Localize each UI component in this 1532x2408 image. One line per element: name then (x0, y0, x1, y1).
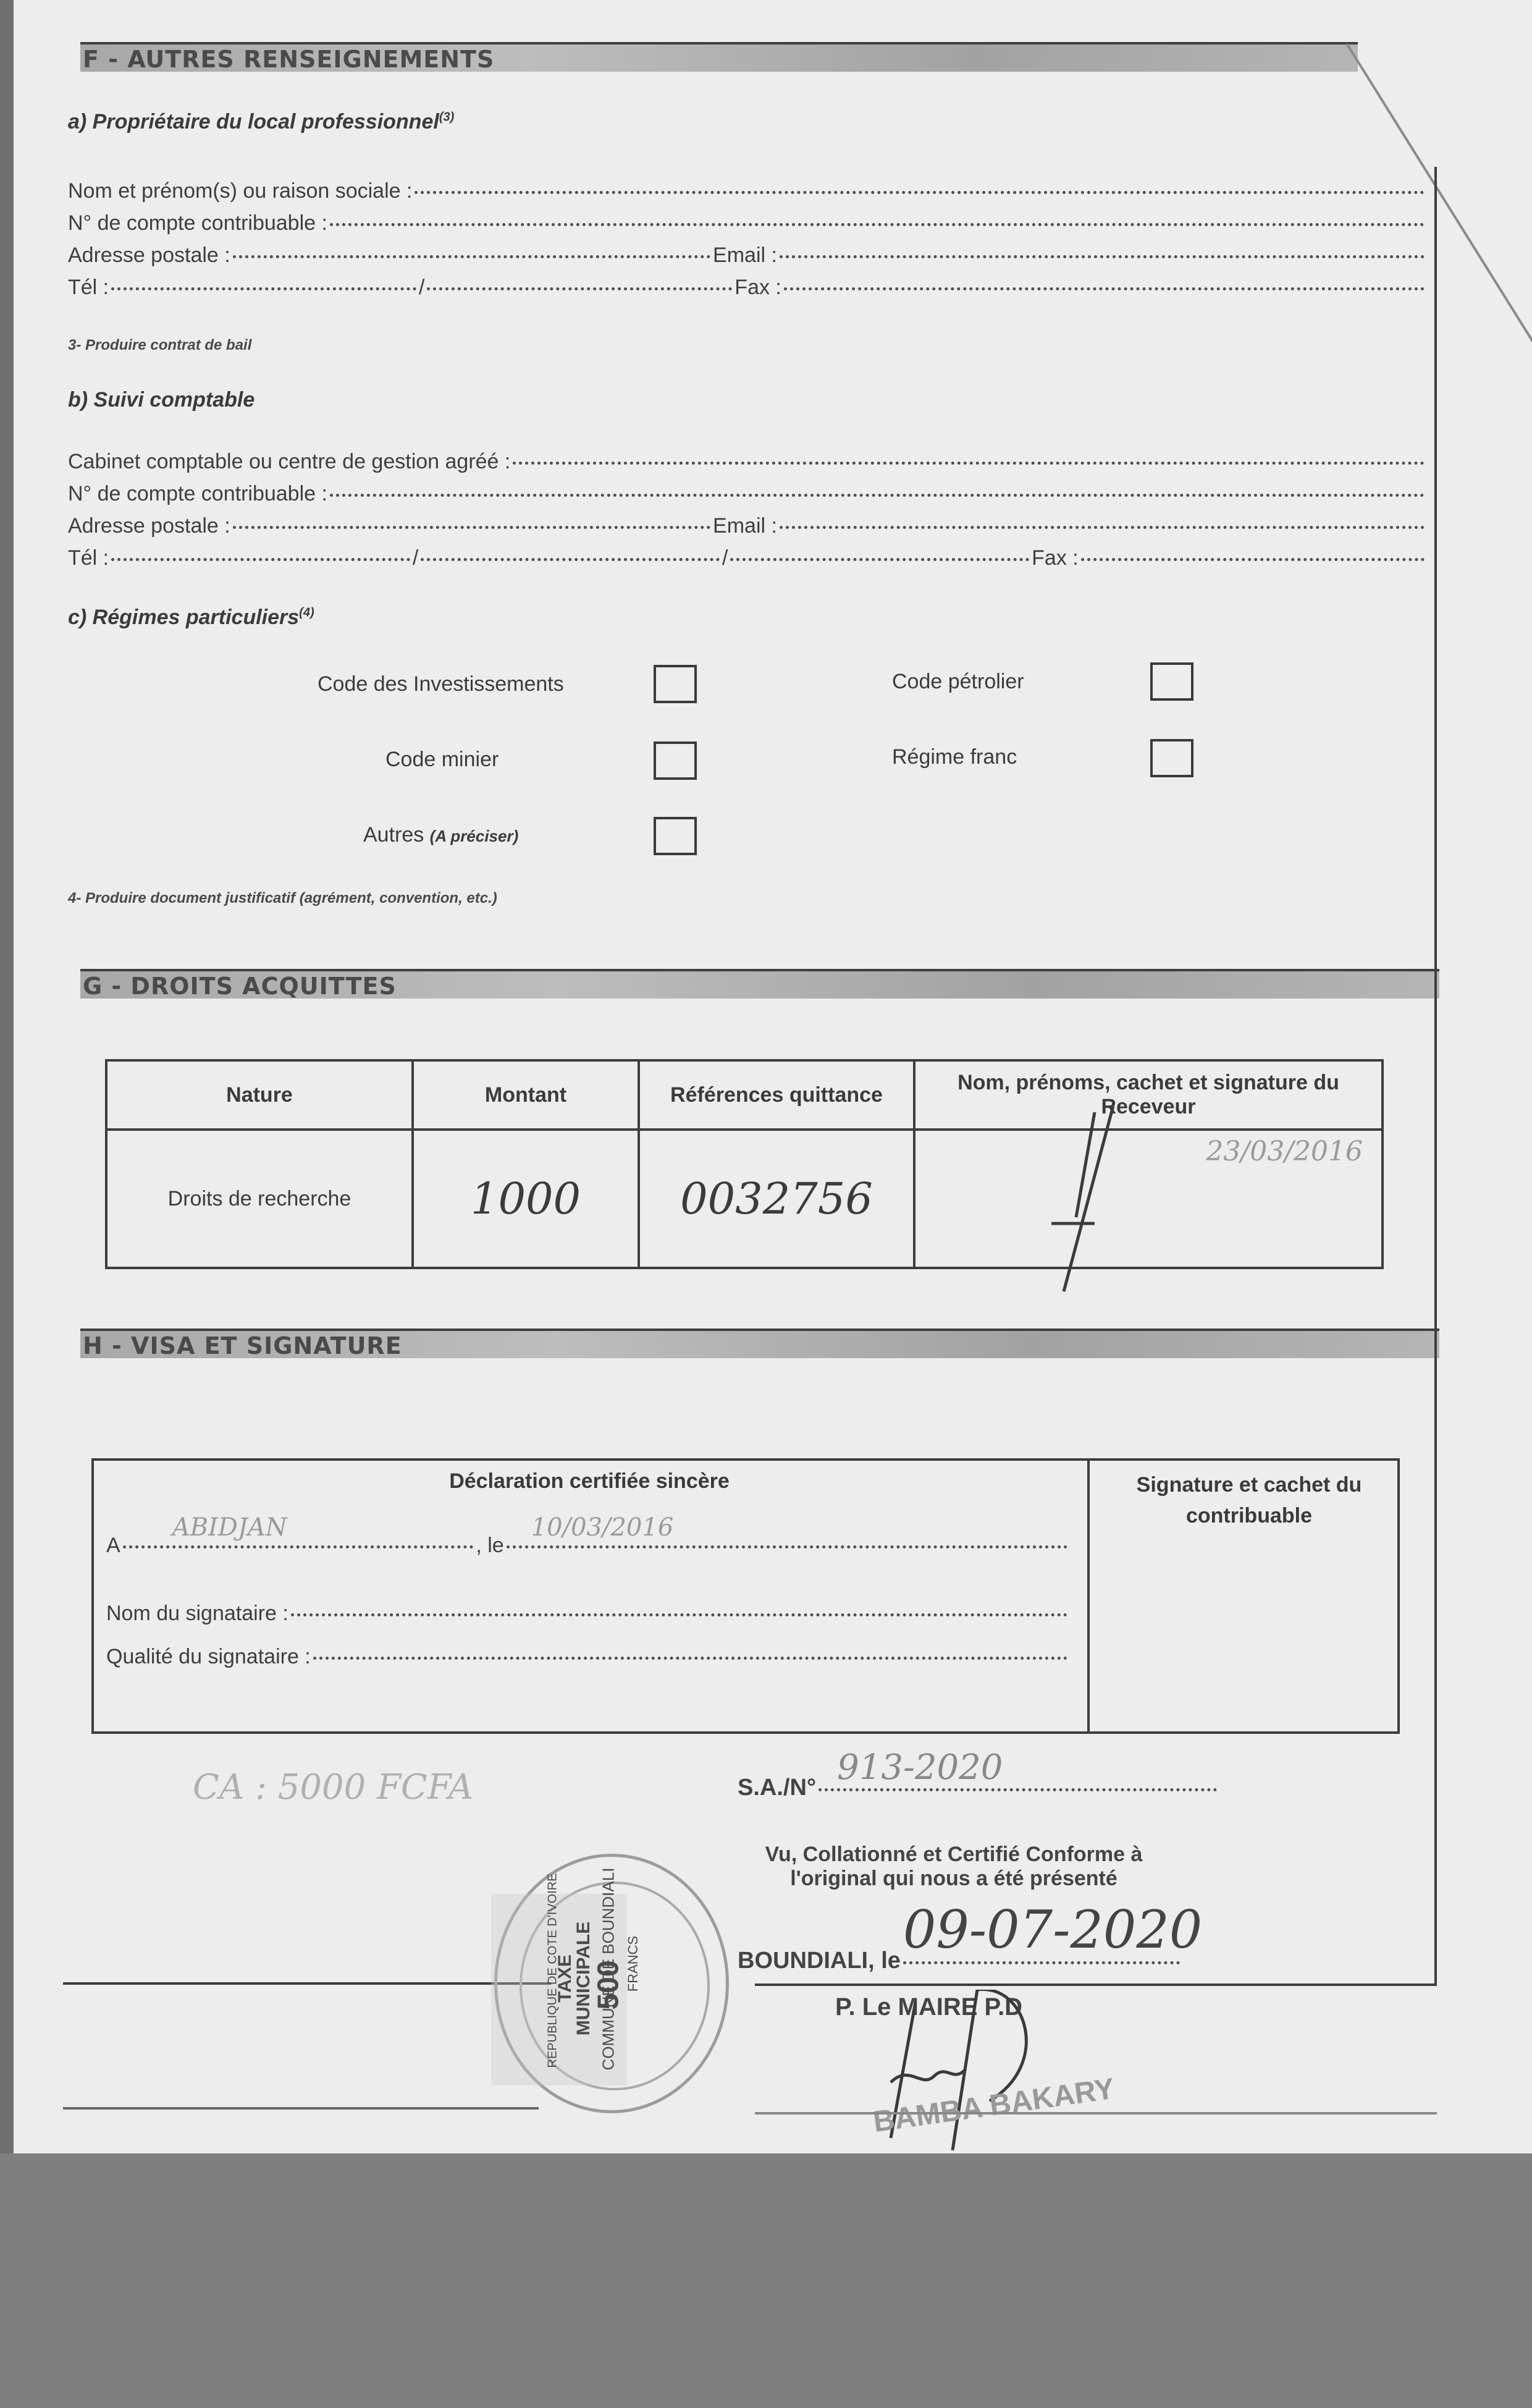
section-g-header: G - DROITS ACQUITTES (80, 969, 1439, 999)
checkbox-code-petrolier[interactable] (1150, 662, 1193, 701)
section-f-header: F - AUTRES RENSEIGNEMENTS (80, 42, 1358, 72)
scan-edge (0, 0, 14, 2153)
receveur-signature-icon (1039, 1106, 1163, 1291)
owner-name-field[interactable]: Nom et prénom(s) ou raison sociale : (68, 179, 1427, 203)
checkbox-code-investissements[interactable] (654, 665, 697, 703)
cell-montant: 1000 (413, 1130, 639, 1268)
document-page: F - AUTRES RENSEIGNEMENTS a) Propriétair… (14, 0, 1532, 2153)
boundiali-date-row: BOUNDIALI, le 09-07-2020 (738, 1948, 1182, 1974)
signer-name-field[interactable]: Nom du signataire : (106, 1602, 1070, 1626)
option-label-minier: Code minier (385, 748, 499, 772)
section-h-header: H - VISA ET SIGNATURE (80, 1329, 1439, 1358)
subsection-a-heading: a) Propriétaire du local professionnel(3… (68, 110, 454, 134)
frame-border-right (1434, 1329, 1437, 1983)
col-montant: Montant (413, 1060, 639, 1130)
certification-text: Vu, Collationné et Certifié Conforme à l… (731, 1843, 1176, 1891)
certification-date-value: 09-07-2020 (903, 1899, 1202, 1960)
col-nature: Nature (106, 1060, 413, 1130)
owner-address-row[interactable]: Adresse postale : Email : (68, 243, 1427, 268)
checkbox-autres[interactable] (654, 817, 697, 855)
owner-account-field[interactable]: N° de compte contribuable : (68, 211, 1427, 235)
divider-line (755, 1983, 1437, 1986)
option-label-autres: Autres (A préciser) (363, 823, 518, 847)
section-f-title: F - AUTRES RENSEIGNEMENTS (83, 46, 494, 73)
option-label-petrolier: Code pétrolier (892, 670, 1024, 694)
cell-receveur-signature: 23/03/2016 (914, 1130, 1383, 1268)
owner-fax-label: Fax : (734, 276, 781, 300)
col-reference: Références quittance (639, 1060, 914, 1130)
section-g-title: G - DROITS ACQUITTES (83, 973, 397, 1000)
signer-quality-field[interactable]: Qualité du signataire : (106, 1645, 1070, 1669)
accountant-address-row[interactable]: Adresse postale : Email : (68, 514, 1427, 538)
divider-line (63, 2107, 539, 2110)
fees-table-header: Nature Montant Références quittance Nom,… (106, 1060, 1383, 1130)
receveur-date: 23/03/2016 (1206, 1136, 1363, 1167)
fees-table: Nature Montant Références quittance Nom,… (105, 1059, 1384, 1269)
cell-nature: Droits de recherche (106, 1130, 413, 1268)
taxpayer-signature-box: Signature et cachet du contribuable (1119, 1469, 1379, 1531)
accountant-phone-row[interactable]: Tél : / / Fax : (68, 546, 1427, 570)
municipal-tax-stamp: REPUBLIQUE DE COTE D'IVOIRE TAXE MUNICIP… (494, 1854, 729, 2113)
margin-note: CA : 5000 FCFA (193, 1767, 473, 1807)
section-h-title: H - VISA ET SIGNATURE (83, 1332, 402, 1359)
accountant-cabinet-field[interactable]: Cabinet comptable ou centre de gestion a… (68, 450, 1427, 474)
subsection-b-heading: b) Suivi comptable (68, 388, 255, 412)
declaration-date-value: 10/03/2016 (531, 1513, 674, 1542)
declaration-heading: Déclaration certifiée sincère (91, 1469, 1087, 1493)
footnote-3: 3- Produire contrat de bail (68, 337, 251, 354)
footnote-4: 4- Produire document justificatif (agrém… (68, 890, 497, 907)
cell-reference: 0032756 (639, 1130, 914, 1268)
checkbox-regime-franc[interactable] (1150, 739, 1193, 777)
declaration-place-date-row[interactable]: A ABIDJAN , le 10/03/2016 (106, 1534, 1070, 1558)
divider-line (755, 2112, 1437, 2114)
frame-border-right (1434, 969, 1437, 1340)
sa-number-row: S.A./N° 913-2020 (738, 1775, 1219, 1801)
checkbox-code-minier[interactable] (654, 741, 697, 780)
declaration-divider (1087, 1458, 1090, 1734)
owner-email-label: Email : (713, 243, 777, 268)
option-label-regime-franc: Régime franc (892, 745, 1017, 769)
option-label-investissements: Code des Investissements (318, 672, 564, 696)
frame-border-right (1434, 167, 1437, 970)
divider-line (63, 1982, 551, 1985)
owner-phone-row[interactable]: Tél : / Fax : (68, 276, 1427, 300)
accountant-account-field[interactable]: N° de compte contribuable : (68, 482, 1427, 506)
declaration-place-value: ABIDJAN (172, 1513, 287, 1542)
subsection-c-heading: c) Régimes particuliers(4) (68, 606, 314, 630)
table-row: Droits de recherche 1000 0032756 23/03/2… (106, 1130, 1383, 1268)
sa-number-value: 913-2020 (837, 1747, 1003, 1788)
